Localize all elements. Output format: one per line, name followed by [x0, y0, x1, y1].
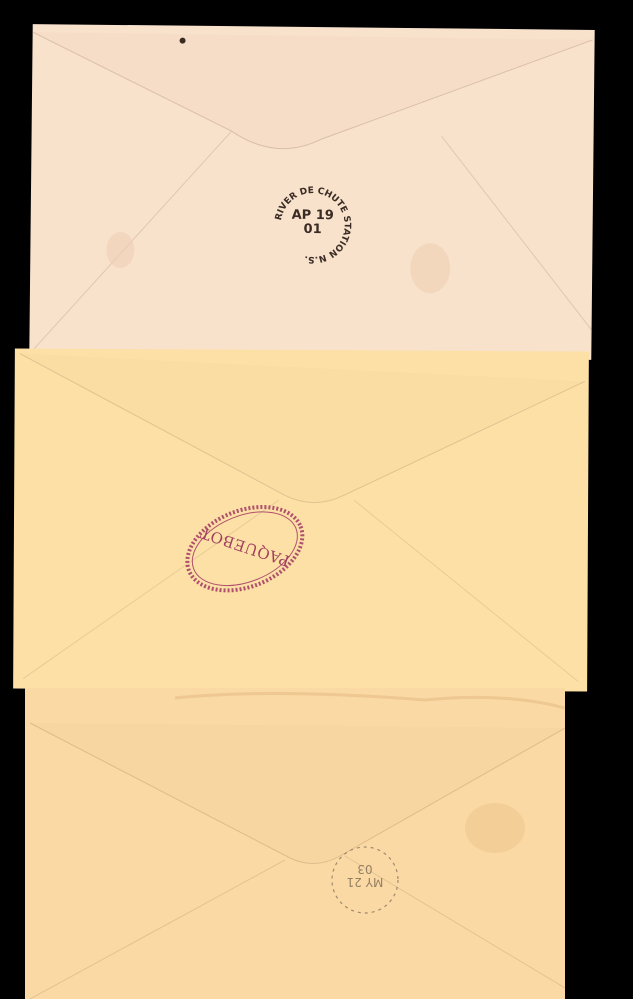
envelope-top: RIVER DE CHUTE STATION N.S. AP 19 01: [29, 24, 594, 360]
postmark-river-station: RIVER DE CHUTE STATION N.S. AP 19 01: [272, 185, 353, 266]
envelope-flap-lines: [25, 688, 565, 999]
envelope-bottom: MY 21 03: [25, 688, 565, 999]
postmark-year: 01: [273, 223, 353, 238]
postmark-date: MY 21: [325, 875, 405, 888]
paquebot-stamp: PAQUEBOT: [179, 504, 311, 593]
postmark-year: 03: [325, 862, 405, 875]
postmark-faint: MY 21 03: [325, 840, 405, 920]
envelope-middle: PAQUEBOT: [13, 348, 589, 691]
